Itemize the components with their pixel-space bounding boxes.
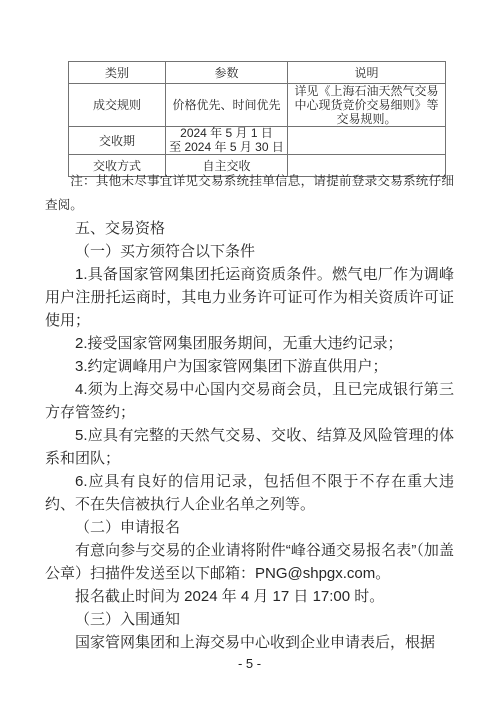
table-header-desc: 说明 (288, 62, 446, 84)
condition-item-3: 3.约定调峰用户为国家管网集团下游直供用户； (45, 355, 454, 378)
subsection-1-heading: （一）买方须符合以下条件 (45, 240, 454, 263)
subsection-2-heading: （二）申请报名 (45, 516, 454, 539)
apply-paragraph-2: 报名截止时间为 2024 年 4 月 17 日 17:00 时。 (45, 585, 454, 608)
cell-param: 价格优先、时间优先 (166, 84, 288, 127)
cell-category: 成交规则 (69, 84, 166, 127)
condition-item-2: 2.接受国家管网集团服务期间，无重大违约记录； (45, 332, 454, 355)
table-header-param: 参数 (166, 62, 288, 84)
apply-paragraph-1: 有意向参与交易的企业请将附件“峰谷通交易报名表”（加盖公章）扫描件发送至以下邮箱… (45, 539, 454, 585)
notice-paragraph: 国家管网集团和上海交易中心收到企业申请表后，根据 (45, 631, 454, 654)
condition-item-1: 1.具备国家管网集团托运商资质条件。燃气电厂作为调峰用户注册托运商时，其电力业务… (45, 263, 454, 332)
note-paragraph: 注：其他未尽事宜详见交易系统挂单信息，请提前登录交易系统仔细查阅。 (45, 169, 454, 217)
delivery-period-start: 2024 年 5 月 1 日 (168, 127, 285, 141)
condition-item-4: 4.须为上海交易中心国内交易商会员，且已完成银行第三方存管签约； (45, 378, 454, 424)
page-number: - 5 - (0, 656, 499, 672)
cell-desc: 详见《上海石油天然气交易中心现货竞价交易细则》等交易规则。 (288, 84, 446, 127)
table-row-delivery-period: 交收期 2024 年 5 月 1 日 至 2024 年 5 月 30 日 (69, 127, 446, 155)
table-header-category: 类别 (69, 62, 166, 84)
subsection-3-heading: （三）入围通知 (45, 608, 454, 631)
trade-spec-table: 类别 参数 说明 成交规则 价格优先、时间优先 详见《上海石油天然气交易中心现货… (68, 61, 446, 177)
document-page: 类别 参数 说明 成交规则 价格优先、时间优先 详见《上海石油天然气交易中心现货… (0, 0, 499, 706)
cell-category: 交收期 (69, 127, 166, 155)
condition-item-6: 6.应具有良好的信用记录，包括但不限于不存在重大违约、不在失信被执行人企业名单之… (45, 470, 454, 516)
document-body: 注：其他未尽事宜详见交易系统挂单信息，请提前登录交易系统仔细查阅。 五、交易资格… (45, 169, 454, 654)
delivery-period-end: 至 2024 年 5 月 30 日 (168, 141, 285, 155)
cell-desc (288, 127, 446, 155)
section-heading-5: 五、交易资格 (45, 217, 454, 240)
cell-param: 2024 年 5 月 1 日 至 2024 年 5 月 30 日 (166, 127, 288, 155)
condition-item-5: 5.应具有完整的天然气交易、交收、结算及风险管理的体系和团队； (45, 424, 454, 470)
table-row-matching-rule: 成交规则 价格优先、时间优先 详见《上海石油天然气交易中心现货竞价交易细则》等交… (69, 84, 446, 127)
table-header-row: 类别 参数 说明 (69, 62, 446, 84)
